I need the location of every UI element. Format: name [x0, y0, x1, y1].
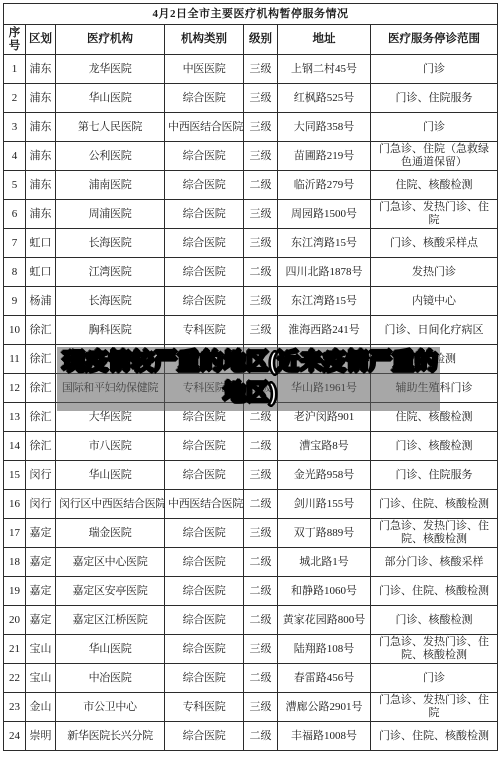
cell-level: 三级	[244, 84, 278, 113]
cell-type: 综合医院	[165, 548, 244, 577]
cell-district: 嘉定	[26, 519, 56, 548]
cell-num: 3	[4, 113, 26, 142]
cell-scope: 门诊、住院、核酸检测	[371, 577, 498, 606]
cell-institution: 长海医院	[56, 229, 165, 258]
cell-scope: 发热门诊	[371, 258, 498, 287]
cell-num: 12	[4, 374, 26, 403]
cell-district: 嘉定	[26, 577, 56, 606]
cell-district: 徐汇	[26, 403, 56, 432]
cell-scope: 内镜中心	[371, 287, 498, 316]
cell-level: 二级	[244, 548, 278, 577]
cell-address: 上钢二村45号	[278, 55, 371, 84]
cell-address: 陆翔路108号	[278, 635, 371, 664]
table-row: 9杨浦长海医院综合医院三级东江湾路15号内镜中心	[4, 287, 498, 316]
cell-type: 综合医院	[165, 84, 244, 113]
cell-institution: 市公卫中心	[56, 693, 165, 722]
cell-num: 7	[4, 229, 26, 258]
cell-num: 21	[4, 635, 26, 664]
cell-institution: 华山医院	[56, 635, 165, 664]
cell-address: 城北路1号	[278, 548, 371, 577]
cell-level: 三级	[244, 693, 278, 722]
table-title: 4月2日全市主要医疗机构暂停服务情况	[4, 4, 498, 25]
cell-scope: 核酸检测	[371, 345, 498, 374]
table-row: 23金山市公卫中心专科医院三级漕廊公路2901号门急诊、发热门诊、住院	[4, 693, 498, 722]
cell-num: 23	[4, 693, 26, 722]
cell-address: 东江湾路15号	[278, 287, 371, 316]
cell-scope: 门急诊、发热门诊、住院、核酸检测	[371, 635, 498, 664]
cell-district: 虹口	[26, 229, 56, 258]
table-row: 8虹口江湾医院综合医院二级四川北路1878号发热门诊	[4, 258, 498, 287]
table-row: 2浦东华山医院综合医院三级红枫路525号门诊、住院服务	[4, 84, 498, 113]
cell-level: 二级	[244, 606, 278, 635]
cell-type: 专科医院	[165, 374, 244, 403]
cell-address: 双丁路889号	[278, 519, 371, 548]
cell-institution: 大华医院	[56, 403, 165, 432]
cell-address: 周园路1500号	[278, 200, 371, 229]
page: 4月2日全市主要医疗机构暂停服务情况 序号区划医疗机构机构类别级别地址医疗服务停…	[0, 0, 500, 758]
cell-num: 13	[4, 403, 26, 432]
cell-district: 浦东	[26, 84, 56, 113]
cell-address: 大同路358号	[278, 113, 371, 142]
cell-district: 徐汇	[26, 316, 56, 345]
cell-district: 浦东	[26, 55, 56, 84]
cell-scope: 门诊、住院服务	[371, 84, 498, 113]
suspension-table: 4月2日全市主要医疗机构暂停服务情况 序号区划医疗机构机构类别级别地址医疗服务停…	[3, 3, 498, 751]
cell-scope: 辅助生殖科门诊	[371, 374, 498, 403]
cell-address: 漕廊公路2901号	[278, 693, 371, 722]
cell-address: 华山路1961号	[278, 374, 371, 403]
cell-address: 剑川路155号	[278, 490, 371, 519]
cell-institution: 浦南医院	[56, 171, 165, 200]
cell-address: 红枫路525号	[278, 84, 371, 113]
title-row: 4月2日全市主要医疗机构暂停服务情况	[4, 4, 498, 25]
cell-level	[244, 345, 278, 374]
table-row: 5浦东浦南医院综合医院二级临沂路279号住院、核酸检测	[4, 171, 498, 200]
cell-level: 三级	[244, 229, 278, 258]
cell-type: 综合医院	[165, 229, 244, 258]
cell-district: 宝山	[26, 664, 56, 693]
cell-scope: 住院、核酸检测	[371, 171, 498, 200]
cell-type: 专科医院	[165, 316, 244, 345]
table-row: 18嘉定嘉定区中心医院综合医院二级城北路1号部分门诊、核酸采样	[4, 548, 498, 577]
cell-scope: 门急诊、发热门诊、住院	[371, 200, 498, 229]
table-row: 14徐汇市八医院综合医院二级漕宝路8号门诊、核酸检测	[4, 432, 498, 461]
cell-type: 中西医结合医院	[165, 490, 244, 519]
cell-address	[278, 345, 371, 374]
cell-type: 综合医院	[165, 664, 244, 693]
column-header-level: 级别	[244, 25, 278, 55]
cell-district: 徐汇	[26, 345, 56, 374]
cell-type: 中医医院	[165, 55, 244, 84]
cell-num: 2	[4, 84, 26, 113]
cell-type: 综合医院	[165, 258, 244, 287]
cell-num: 4	[4, 142, 26, 171]
cell-type: 中西医结合医院	[165, 113, 244, 142]
table-row: 11徐汇核酸检测	[4, 345, 498, 374]
cell-num: 10	[4, 316, 26, 345]
cell-address: 老沪闵路901	[278, 403, 371, 432]
cell-scope: 门诊	[371, 664, 498, 693]
cell-num: 9	[4, 287, 26, 316]
table-row: 4浦东公利医院综合医院三级苗圃路219号门急诊、住院（急救绿色通道保留）	[4, 142, 498, 171]
cell-scope: 门诊、核酸采样点	[371, 229, 498, 258]
cell-num: 15	[4, 461, 26, 490]
cell-address: 春雷路456号	[278, 664, 371, 693]
table-body: 1浦东龙华医院中医医院三级上钢二村45号门诊2浦东华山医院综合医院三级红枫路52…	[4, 55, 498, 751]
table-row: 22宝山中冶医院综合医院二级春雷路456号门诊	[4, 664, 498, 693]
cell-scope: 门诊、住院、核酸检测	[371, 490, 498, 519]
column-header-district: 区划	[26, 25, 56, 55]
cell-district: 杨浦	[26, 287, 56, 316]
cell-num: 22	[4, 664, 26, 693]
cell-type: 综合医院	[165, 722, 244, 751]
cell-type: 综合医院	[165, 461, 244, 490]
cell-level: 三级	[244, 374, 278, 403]
cell-type: 综合医院	[165, 171, 244, 200]
cell-institution: 嘉定区中心医院	[56, 548, 165, 577]
cell-scope: 门诊、住院、核酸检测	[371, 722, 498, 751]
column-header-address: 地址	[278, 25, 371, 55]
cell-level: 三级	[244, 55, 278, 84]
cell-type: 综合医院	[165, 577, 244, 606]
cell-level: 三级	[244, 635, 278, 664]
cell-district: 浦东	[26, 113, 56, 142]
cell-num: 19	[4, 577, 26, 606]
cell-institution: 嘉定区安亭医院	[56, 577, 165, 606]
cell-address: 丰福路1008号	[278, 722, 371, 751]
cell-num: 11	[4, 345, 26, 374]
table-row: 3浦东第七人民医院中西医结合医院三级大同路358号门诊	[4, 113, 498, 142]
table-row: 21宝山华山医院综合医院三级陆翔路108号门急诊、发热门诊、住院、核酸检测	[4, 635, 498, 664]
cell-type: 综合医院	[165, 606, 244, 635]
cell-type: 专科医院	[165, 693, 244, 722]
table-row: 13徐汇大华医院综合医院二级老沪闵路901住院、核酸检测	[4, 403, 498, 432]
cell-level: 二级	[244, 403, 278, 432]
table-row: 12徐汇国际和平妇幼保健院专科医院三级华山路1961号辅助生殖科门诊	[4, 374, 498, 403]
cell-type: 综合医院	[165, 519, 244, 548]
cell-address: 和静路1060号	[278, 577, 371, 606]
cell-district: 徐汇	[26, 432, 56, 461]
table-row: 1浦东龙华医院中医医院三级上钢二村45号门诊	[4, 55, 498, 84]
cell-num: 6	[4, 200, 26, 229]
cell-district: 虹口	[26, 258, 56, 287]
cell-level: 三级	[244, 316, 278, 345]
cell-institution: 华山医院	[56, 84, 165, 113]
cell-institution: 国际和平妇幼保健院	[56, 374, 165, 403]
cell-scope: 门急诊、住院（急救绿色通道保留）	[371, 142, 498, 171]
column-header-scope: 医疗服务停诊范围	[371, 25, 498, 55]
cell-level: 二级	[244, 490, 278, 519]
cell-num: 14	[4, 432, 26, 461]
cell-address: 东江湾路15号	[278, 229, 371, 258]
cell-scope: 门诊、住院服务	[371, 461, 498, 490]
cell-scope: 住院、核酸检测	[371, 403, 498, 432]
cell-type: 综合医院	[165, 432, 244, 461]
cell-type: 综合医院	[165, 287, 244, 316]
cell-type: 综合医院	[165, 403, 244, 432]
column-header-num: 序号	[4, 25, 26, 55]
cell-level: 二级	[244, 664, 278, 693]
cell-institution: 闵行区中西医结合医院	[56, 490, 165, 519]
cell-address: 临沂路279号	[278, 171, 371, 200]
table-row: 10徐汇胸科医院专科医院三级淮海西路241号门诊、日间化疗病区	[4, 316, 498, 345]
cell-district: 闵行	[26, 461, 56, 490]
cell-institution: 胸科医院	[56, 316, 165, 345]
cell-institution: 市八医院	[56, 432, 165, 461]
cell-scope: 门急诊、发热门诊、住院、核酸检测	[371, 519, 498, 548]
table-row: 16闵行闵行区中西医结合医院中西医结合医院二级剑川路155号门诊、住院、核酸检测	[4, 490, 498, 519]
cell-district: 浦东	[26, 171, 56, 200]
cell-num: 20	[4, 606, 26, 635]
cell-type	[165, 345, 244, 374]
cell-scope: 门诊、核酸检测	[371, 606, 498, 635]
cell-num: 24	[4, 722, 26, 751]
cell-address: 四川北路1878号	[278, 258, 371, 287]
cell-institution: 瑞金医院	[56, 519, 165, 548]
table-row: 19嘉定嘉定区安亭医院综合医院二级和静路1060号门诊、住院、核酸检测	[4, 577, 498, 606]
cell-type: 综合医院	[165, 200, 244, 229]
cell-institution: 中冶医院	[56, 664, 165, 693]
cell-institution: 周浦医院	[56, 200, 165, 229]
cell-scope: 门诊	[371, 55, 498, 84]
cell-address: 黄家花园路800号	[278, 606, 371, 635]
cell-institution: 长海医院	[56, 287, 165, 316]
cell-level: 三级	[244, 113, 278, 142]
cell-level: 三级	[244, 461, 278, 490]
cell-district: 徐汇	[26, 374, 56, 403]
cell-district: 嘉定	[26, 548, 56, 577]
cell-address: 金光路958号	[278, 461, 371, 490]
cell-address: 淮海西路241号	[278, 316, 371, 345]
cell-type: 综合医院	[165, 142, 244, 171]
cell-num: 16	[4, 490, 26, 519]
table-row: 15闵行华山医院综合医院三级金光路958号门诊、住院服务	[4, 461, 498, 490]
column-header-institution: 医疗机构	[56, 25, 165, 55]
cell-level: 二级	[244, 171, 278, 200]
cell-institution: 公利医院	[56, 142, 165, 171]
cell-institution: 江湾医院	[56, 258, 165, 287]
cell-num: 18	[4, 548, 26, 577]
cell-level: 三级	[244, 142, 278, 171]
cell-district: 嘉定	[26, 606, 56, 635]
cell-level: 三级	[244, 200, 278, 229]
cell-num: 17	[4, 519, 26, 548]
cell-level: 二级	[244, 258, 278, 287]
cell-institution: 第七人民医院	[56, 113, 165, 142]
cell-num: 8	[4, 258, 26, 287]
table-row: 24崇明新华医院长兴分院综合医院二级丰福路1008号门诊、住院、核酸检测	[4, 722, 498, 751]
cell-scope: 门诊	[371, 113, 498, 142]
cell-institution	[56, 345, 165, 374]
cell-scope: 门诊、日间化疗病区	[371, 316, 498, 345]
table-row: 17嘉定瑞金医院综合医院三级双丁路889号门急诊、发热门诊、住院、核酸检测	[4, 519, 498, 548]
table-row: 7虹口长海医院综合医院三级东江湾路15号门诊、核酸采样点	[4, 229, 498, 258]
cell-num: 1	[4, 55, 26, 84]
column-header-type: 机构类别	[165, 25, 244, 55]
cell-level: 二级	[244, 432, 278, 461]
cell-level: 二级	[244, 722, 278, 751]
cell-level: 三级	[244, 287, 278, 316]
cell-address: 漕宝路8号	[278, 432, 371, 461]
cell-district: 浦东	[26, 142, 56, 171]
cell-institution: 华山医院	[56, 461, 165, 490]
cell-scope: 门急诊、发热门诊、住院	[371, 693, 498, 722]
table-row: 20嘉定嘉定区江桥医院综合医院二级黄家花园路800号门诊、核酸检测	[4, 606, 498, 635]
cell-address: 苗圃路219号	[278, 142, 371, 171]
cell-district: 宝山	[26, 635, 56, 664]
cell-scope: 部分门诊、核酸采样	[371, 548, 498, 577]
cell-institution: 嘉定区江桥医院	[56, 606, 165, 635]
cell-institution: 龙华医院	[56, 55, 165, 84]
header-row: 序号区划医疗机构机构类别级别地址医疗服务停诊范围	[4, 25, 498, 55]
cell-district: 闵行	[26, 490, 56, 519]
table-row: 6浦东周浦医院综合医院三级周园路1500号门急诊、发热门诊、住院	[4, 200, 498, 229]
cell-district: 浦东	[26, 200, 56, 229]
cell-district: 金山	[26, 693, 56, 722]
cell-level: 三级	[244, 519, 278, 548]
cell-level: 二级	[244, 577, 278, 606]
cell-type: 综合医院	[165, 635, 244, 664]
cell-num: 5	[4, 171, 26, 200]
cell-scope: 门诊、核酸检测	[371, 432, 498, 461]
cell-district: 崇明	[26, 722, 56, 751]
cell-institution: 新华医院长兴分院	[56, 722, 165, 751]
